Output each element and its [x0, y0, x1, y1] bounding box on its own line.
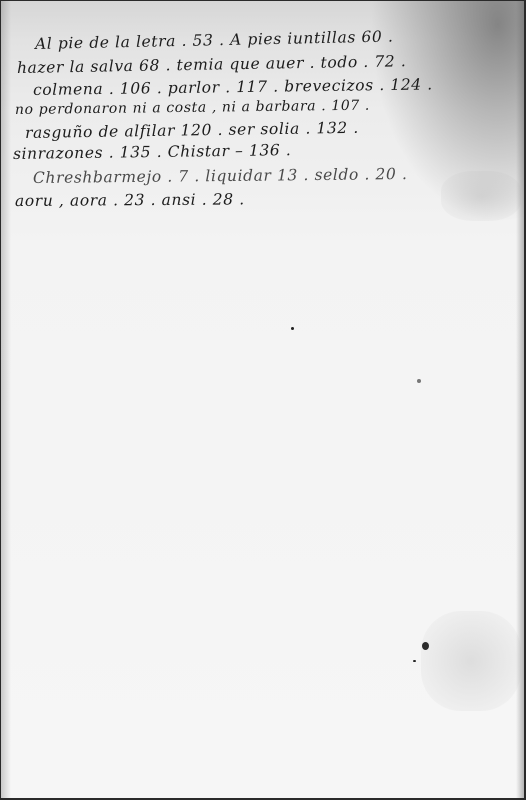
- index-line-5: rasguño de alfilar 120 . ser solia . 132…: [25, 119, 359, 142]
- index-line-1: Al pie de la letra . 53 . A pies iuntill…: [35, 27, 394, 53]
- paper-stain: [441, 171, 521, 221]
- paper-stain: [421, 611, 521, 711]
- ink-speck: [417, 379, 421, 383]
- ink-speck: [413, 660, 416, 662]
- index-line-6: sinrazones . 135 . Chistar – 136 .: [13, 141, 292, 163]
- manuscript-page: Al pie de la letra . 53 . A pies iuntill…: [1, 1, 524, 798]
- index-line-3: colmena . 106 . parlor . 117 . brevecizo…: [33, 75, 433, 99]
- index-line-8: aoru , aora . 23 . ansi . 28 .: [15, 190, 245, 210]
- ink-speck: [291, 327, 294, 330]
- index-line-2: hazer la salva 68 . temia que auer . tod…: [17, 52, 407, 77]
- index-line-7: Chreshbarmejo . 7 . liquidar 13 . seldo …: [33, 165, 408, 187]
- index-line-4: no perdonaron ni a costa , ni a barbara …: [15, 98, 370, 118]
